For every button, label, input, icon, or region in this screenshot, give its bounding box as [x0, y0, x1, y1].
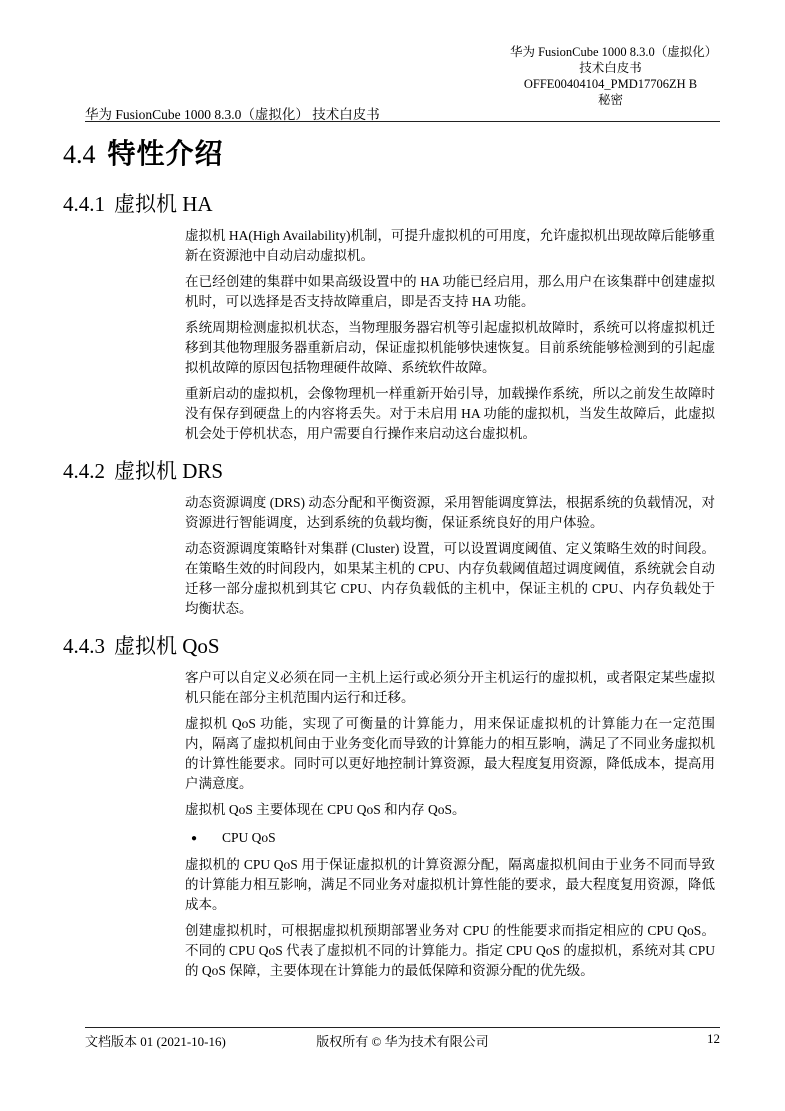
- bullet-icon: ●: [185, 829, 222, 849]
- section-heading-vm-drs: 4.4.2虚拟机 DRS: [63, 458, 785, 485]
- paragraph: 创建虚拟机时，可根据虚拟机预期部署业务对 CPU 的性能要求而指定相应的 CPU…: [185, 921, 715, 981]
- footer-page-number: 12: [707, 1031, 720, 1047]
- bullet-label: CPU QoS: [222, 830, 276, 845]
- section-number: 4.4.2: [63, 459, 105, 483]
- paragraph: 动态资源调度策略针对集群 (Cluster) 设置，可以设置调度阈值、定义策略生…: [185, 539, 715, 619]
- paragraph: 虚拟机 QoS 主要体现在 CPU QoS 和内存 QoS。: [185, 800, 715, 820]
- footer-divider: [85, 1027, 720, 1028]
- section-number: 4.4.3: [63, 634, 105, 658]
- chapter-title: 特性介绍: [108, 137, 224, 170]
- paragraph: 虚拟机的 CPU QoS 用于保证虚拟机的计算资源分配，隔离虚拟机间由于业务不同…: [185, 855, 715, 915]
- section-title: 虚拟机 DRS: [114, 459, 223, 483]
- paragraph: 客户可以自定义必须在同一主机上运行或必须分开主机运行的虚拟机，或者限定某些虚拟机…: [185, 668, 715, 708]
- chapter-heading: 4.4特性介绍: [63, 136, 785, 177]
- page-footer: 文档版本 01 (2021-10-16) 版权所有 © 华为技术有限公司 12: [85, 1031, 720, 1049]
- section-number: 4.4.1: [63, 192, 105, 216]
- paragraph: 虚拟机 HA(High Availability)机制，可提升虚拟机的可用度，允…: [185, 226, 715, 266]
- paragraph: 在已经创建的集群中如果高级设置中的 HA 功能已经启用，那么用户在该集群中创建虚…: [185, 272, 715, 312]
- paragraph: 重新启动的虚拟机，会像物理机一样重新开始引导，加载操作系统，所以之前发生故障时没…: [185, 384, 715, 444]
- section-heading-vm-ha: 4.4.1虚拟机 HA: [63, 191, 785, 218]
- bullet-item-cpu-qos: ●CPU QoS: [185, 828, 715, 849]
- paragraph: 动态资源调度 (DRS) 动态分配和平衡资源，采用智能调度算法，根据系统的负载情…: [185, 493, 715, 533]
- section-heading-vm-qos: 4.4.3虚拟机 QoS: [63, 633, 785, 660]
- chapter-number: 4.4: [63, 140, 96, 169]
- document-page: 华为 FusionCube 1000 8.3.0（虚拟化）技术白皮书 OFFE0…: [0, 0, 785, 1111]
- document-body: 4.4特性介绍 4.4.1虚拟机 HA 虚拟机 HA(High Availabi…: [0, 0, 785, 981]
- paragraph: 虚拟机 QoS 功能，实现了可衡量的计算能力，用来保证虚拟机的计算能力在一定范围…: [185, 714, 715, 794]
- section-title: 虚拟机 HA: [114, 192, 213, 216]
- section-title: 虚拟机 QoS: [114, 634, 220, 658]
- paragraph: 系统周期检测虚拟机状态，当物理服务器宕机等引起虚拟机故障时，系统可以将虚拟机迁移…: [185, 318, 715, 378]
- footer-copyright: 版权所有 © 华为技术有限公司: [85, 1031, 720, 1050]
